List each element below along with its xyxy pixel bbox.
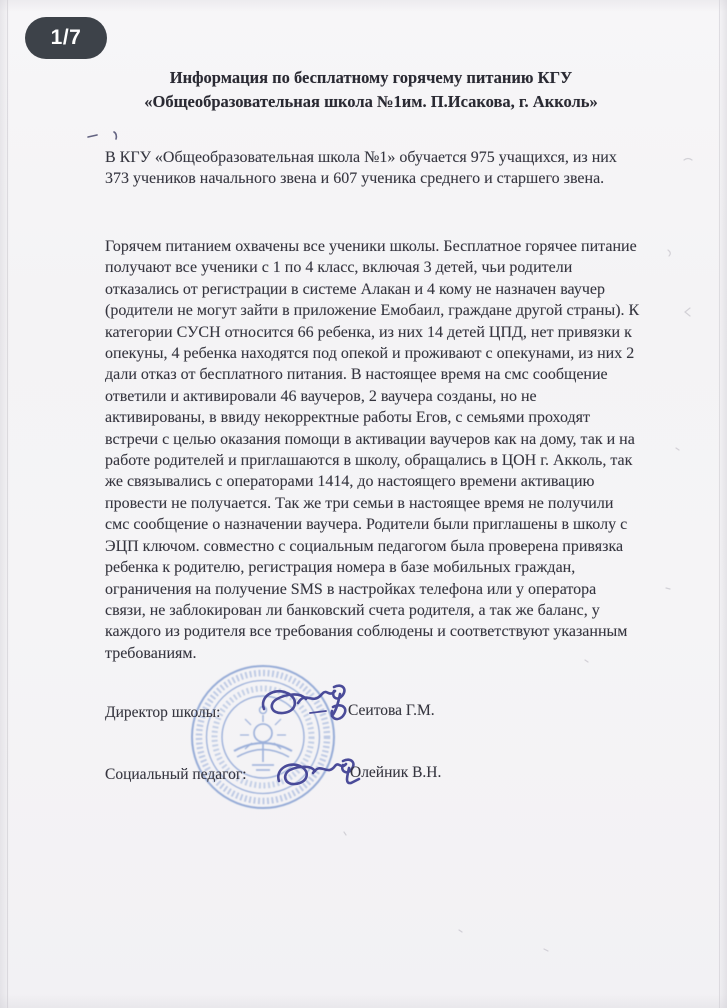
document-text-line: работе родителей и приглашаются в школу,… — [105, 450, 639, 471]
document-text-line: категории СУСН относится 66 ребенка, из … — [105, 322, 639, 343]
scanned-document-page: 1/7 Информация по бесплатному горячему п… — [0, 0, 727, 1008]
document-text-line: ограничения на получение SMS в настройка… — [105, 579, 639, 600]
document-text-line: Горячем питанием охвачены все ученики шк… — [105, 236, 639, 257]
intro-paragraph: В КГУ «Общеобразовательная школа №1» обу… — [105, 147, 617, 190]
scan-edge-line-right — [719, 0, 720, 1008]
document-title-line: Информация по бесплатному горячему питан… — [96, 66, 646, 90]
document-text-line: активированы, в ввиду некорректные работ… — [105, 407, 639, 428]
document-text-line: опекуны, 4 ребенка находятся под опекой … — [105, 343, 639, 364]
body-paragraph: Горячем питанием охвачены все ученики шк… — [105, 236, 639, 664]
document-text-line: отказались от регистрации в системе Алак… — [105, 279, 639, 300]
document-text-line: 373 учеников начального звена и 607 учен… — [105, 168, 617, 189]
document-text-line: же связывались с операторами 1414, до на… — [105, 471, 639, 492]
document-title: Информация по бесплатному горячему питан… — [96, 66, 646, 113]
document-text-line: смс сообщение о назначении ваучера. Роди… — [105, 514, 639, 535]
social-pedagog-role-label: Социальный педагог: — [105, 766, 247, 784]
document-text-line: связи, не заблокирован ли банковский сче… — [105, 600, 639, 621]
pen-marks — [86, 128, 138, 146]
document-text-line: ребенка к родителю, регистрация номера в… — [105, 557, 639, 578]
document-text-line: (родители не могут зайти в приложение Ем… — [105, 300, 639, 321]
social-pedagog-name: Олейник В.Н. — [350, 764, 441, 782]
document-text-line: В КГУ «Общеобразовательная школа №1» обу… — [105, 147, 617, 168]
document-title-line: «Общеобразовательная школа №1им. П.Исако… — [96, 90, 646, 114]
director-name: Сеитова Г.М. — [348, 702, 435, 720]
document-text-line: провести не получается. Так же три семьи… — [105, 493, 639, 514]
director-role-label: Директор школы: — [105, 704, 220, 722]
document-text-line: ответили и активировали 46 ваучеров, 2 в… — [105, 386, 639, 407]
document-text-line: встречи с целью оказания помощи в актива… — [105, 429, 639, 450]
document-text-line: получают все ученики с 1 по 4 класс, вкл… — [105, 257, 639, 278]
director-signature-ink — [254, 682, 354, 724]
document-text-line: каждого из родителя все требования соблю… — [105, 621, 639, 642]
scan-edge-line-left — [7, 0, 8, 1008]
document-text-line: ЭЦП ключом. совместно с социальным педаг… — [105, 536, 639, 557]
page-number-badge: 1/7 — [25, 17, 107, 59]
document-text-line: дали отказ от бесплатного питания. В нас… — [105, 364, 639, 385]
